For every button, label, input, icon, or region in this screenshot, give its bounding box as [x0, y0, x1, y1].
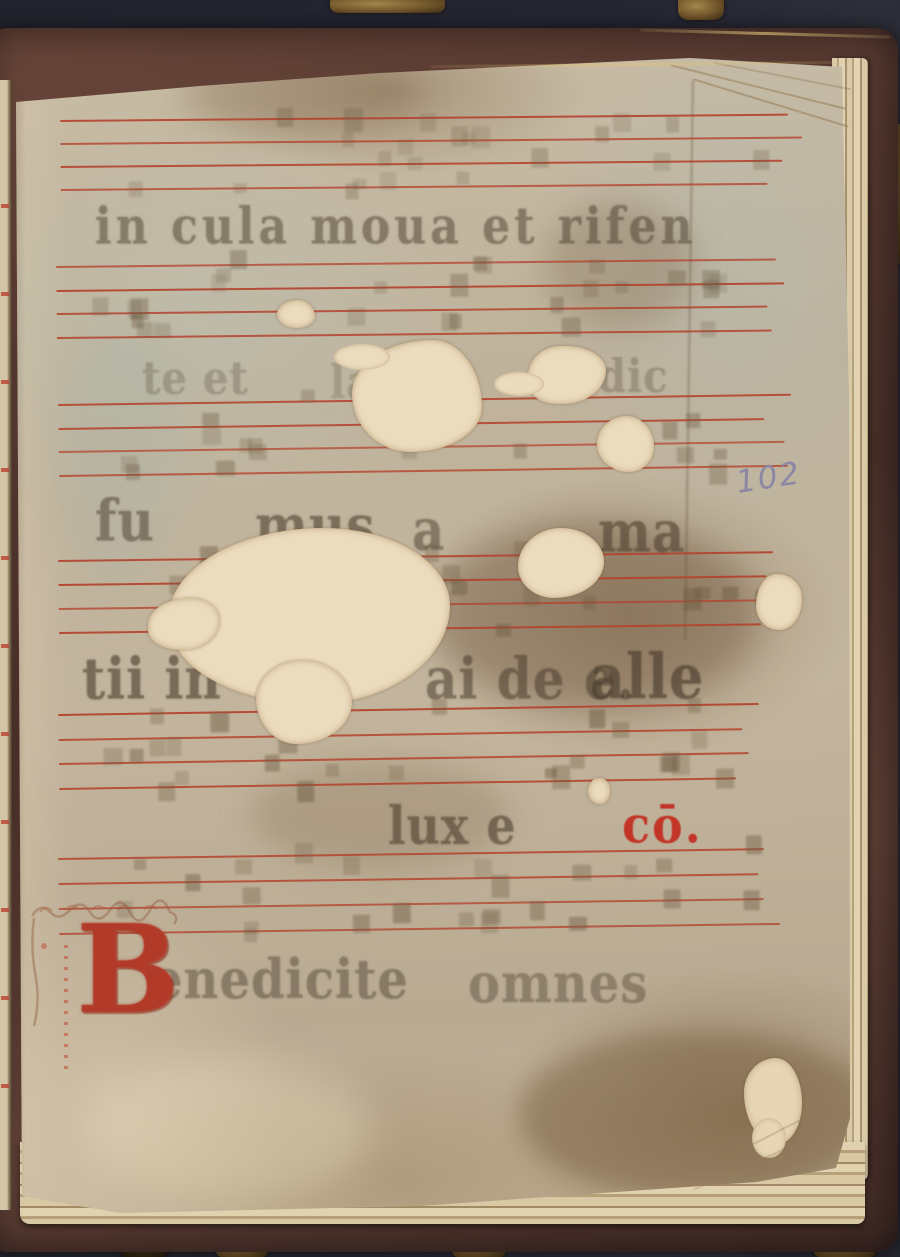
chant-text-fragment: omnes — [468, 952, 648, 1016]
neume — [474, 859, 492, 878]
neume — [745, 835, 762, 855]
neume — [691, 731, 708, 749]
staff-line — [61, 183, 768, 191]
neume — [92, 298, 109, 316]
neume — [572, 864, 591, 880]
neume — [613, 113, 631, 133]
neume — [456, 172, 470, 185]
facing-page-staff-marks — [1, 120, 9, 1170]
neume — [234, 183, 247, 193]
neume — [277, 108, 293, 127]
neume — [374, 282, 388, 293]
neume — [202, 412, 220, 427]
staff-line — [59, 464, 788, 476]
penwork-dots — [64, 945, 68, 1070]
parchment-hole — [528, 346, 606, 404]
brass-clasp — [678, 0, 724, 20]
neume — [653, 153, 670, 171]
chant-text-fragment: ma — [598, 498, 685, 565]
neume — [420, 113, 437, 132]
neume — [342, 133, 354, 148]
neume — [677, 447, 693, 463]
rubric-abbreviation: cō. — [622, 795, 703, 854]
neume — [483, 909, 501, 924]
neume — [495, 623, 510, 637]
neume — [615, 281, 628, 294]
neume — [134, 858, 147, 869]
neume — [529, 901, 545, 921]
neume — [463, 132, 476, 144]
chant-text-fragment: te et — [142, 352, 249, 406]
neume — [154, 323, 171, 338]
neume — [666, 116, 680, 132]
parchment-hole — [334, 344, 390, 370]
neume — [569, 755, 584, 769]
neume — [722, 587, 738, 600]
facing-page-sliver — [0, 80, 12, 1210]
neume — [656, 858, 672, 872]
staff-line — [60, 137, 802, 145]
neume — [235, 859, 252, 874]
staff-line — [56, 258, 776, 268]
neume — [392, 903, 411, 924]
neume — [492, 875, 509, 897]
worn-area — [90, 1060, 370, 1200]
neume — [531, 147, 548, 167]
neume — [716, 769, 735, 789]
neume — [130, 298, 148, 319]
music-staff — [60, 113, 806, 194]
staff-line — [56, 306, 767, 315]
neume — [703, 280, 720, 297]
neume — [475, 257, 492, 274]
neume — [595, 126, 609, 142]
neume — [753, 150, 769, 171]
neume — [449, 314, 461, 330]
neume — [663, 421, 678, 439]
manuscript-photo: in cula moua et rifen te et lau dic fu m… — [0, 0, 900, 1257]
neume — [301, 389, 315, 401]
neume — [459, 912, 474, 925]
chant-text-fragment: dic — [598, 350, 669, 404]
neume — [352, 914, 369, 933]
neume — [408, 157, 422, 170]
staff-line — [58, 873, 758, 885]
neume — [562, 317, 581, 336]
neume — [128, 182, 142, 198]
neume — [175, 771, 189, 785]
neume — [344, 108, 363, 132]
neume — [297, 781, 314, 802]
brass-clasp — [330, 0, 445, 13]
neume — [550, 297, 563, 313]
neume — [203, 427, 221, 445]
neume — [709, 464, 728, 485]
music-staff — [56, 258, 805, 342]
neume — [624, 864, 638, 879]
parchment-hole — [277, 300, 315, 328]
neume — [714, 448, 727, 460]
neume — [149, 739, 165, 757]
neume — [398, 139, 414, 155]
parchment-hole — [597, 416, 654, 472]
chant-text-line: in cula moua et rifen — [95, 198, 697, 256]
neume — [295, 843, 314, 864]
neume — [583, 281, 599, 298]
chant-text-fragment: alle — [590, 640, 704, 713]
neume — [668, 271, 686, 286]
neume — [216, 268, 231, 282]
neume — [130, 748, 144, 762]
neume — [613, 722, 629, 738]
neume — [660, 756, 677, 772]
neume — [326, 764, 339, 776]
neume — [379, 151, 392, 166]
neume — [582, 595, 595, 609]
neume — [158, 782, 176, 801]
parchment-hole — [752, 1118, 786, 1158]
neume — [264, 755, 280, 772]
neume — [379, 172, 396, 190]
parchment-hole — [588, 778, 610, 804]
neume — [348, 308, 366, 326]
music-staff — [58, 703, 764, 794]
neume — [210, 712, 229, 732]
neume — [700, 321, 716, 337]
neume — [569, 916, 586, 930]
neume — [353, 178, 367, 189]
neume — [664, 889, 681, 909]
neume — [589, 260, 606, 274]
parchment-page: in cula moua et rifen te et lau dic fu m… — [0, 0, 900, 1257]
chant-text-fragment: fu — [95, 487, 155, 554]
parchment-hole — [494, 372, 544, 396]
neume — [743, 890, 760, 910]
neume — [166, 737, 181, 756]
neume — [104, 748, 123, 765]
initial-capital: B — [76, 918, 179, 1022]
neume — [514, 444, 527, 459]
neume — [695, 587, 711, 600]
neume — [126, 464, 140, 480]
neume — [451, 580, 467, 596]
chant-text-fragment: lux e — [388, 795, 517, 857]
neume — [389, 765, 405, 780]
parchment-hole — [756, 574, 802, 630]
neume — [248, 444, 266, 460]
neume — [450, 273, 468, 296]
neume — [343, 856, 360, 875]
neume — [545, 768, 557, 778]
neume — [686, 413, 700, 428]
neume — [216, 460, 235, 475]
